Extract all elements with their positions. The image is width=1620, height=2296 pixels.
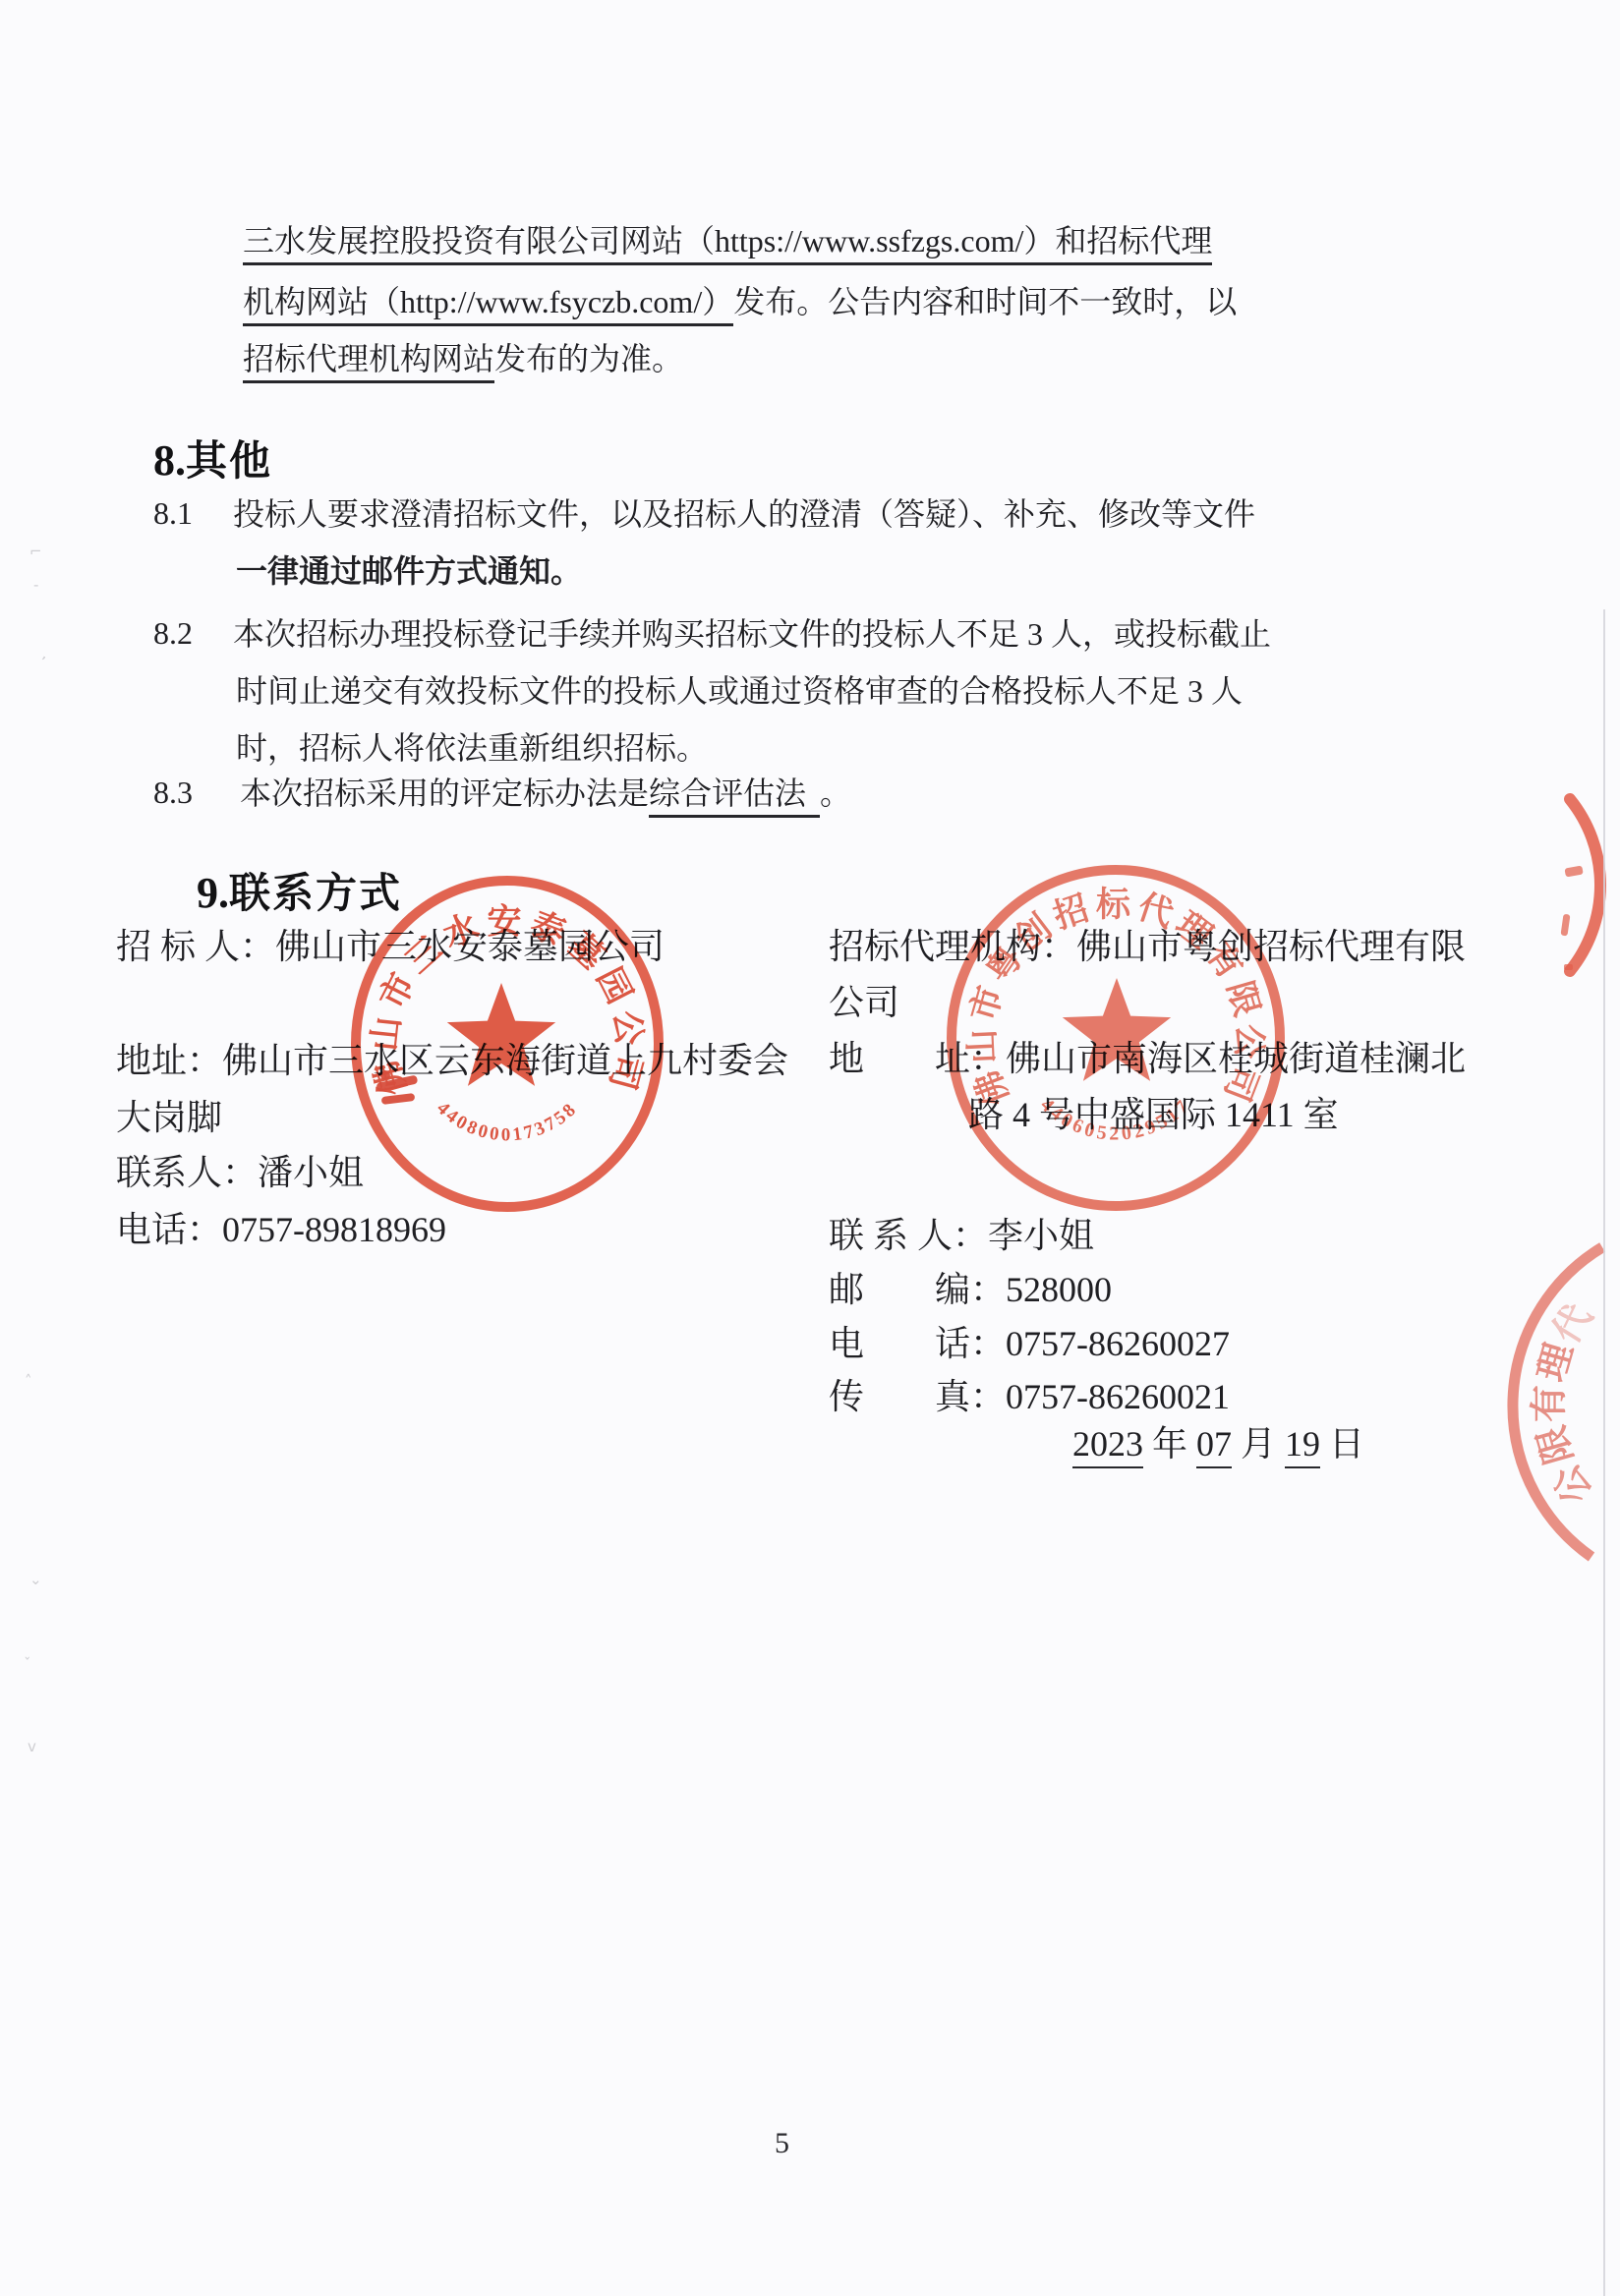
clause-8-3-number: 8.3: [153, 775, 193, 811]
underlined-agency-site: 招标代理机构网站: [243, 341, 494, 383]
scanned-document-page: 三水发展控股投资有限公司网站（https://www.ssfzgs.com/）和…: [0, 0, 1620, 2296]
bidder-contact-row: 联系人：潘小姐: [116, 1152, 364, 1194]
scan-speck: ⌐: [29, 543, 42, 560]
clause-8-2-line-2: 时间止递交有效投标文件的投标人或通过资格审查的合格投标人不足 3 人: [236, 672, 1243, 710]
scan-speck: ,: [40, 645, 51, 663]
date-day-unit: 日: [1329, 1424, 1364, 1464]
star-icon: [447, 983, 555, 1086]
date-year: 2023: [1072, 1424, 1143, 1468]
clause-8-2-number: 8.2: [153, 615, 193, 652]
evaluation-method-underlined: 综合评估法: [649, 775, 820, 818]
partial-seal-characters: 代 理 有 限 公: [1530, 1297, 1600, 1511]
intro-line-2: 机构网站（http://www.fsyczb.com/）发布。公告内容和时间不一…: [243, 283, 1237, 320]
agency-seal-code-text: 4406052029517: [1036, 1094, 1195, 1145]
signature-date: 2023 年 07 月 19 日: [1072, 1423, 1364, 1465]
date-month-unit: 月: [1241, 1424, 1276, 1464]
agency-phone-label: 电 话：: [829, 1324, 1006, 1363]
clause-8-2-line-1: 本次招标办理投标登记手续并购买招标文件的投标人不足 3 人，或投标截止: [233, 615, 1271, 653]
clause-8-3-post: 。: [820, 775, 851, 811]
clause-8-1-line-1: 投标人要求澄清招标文件，以及招标人的澄清（答疑）、补充、修改等文件: [233, 495, 1255, 533]
agency-value-line2: 公司: [829, 982, 899, 1024]
scan-speck: ˄: [25, 1372, 32, 1390]
agency-phone-row: 电 话：0757-86260027: [829, 1323, 1230, 1365]
bidder-contact-label: 联系人：: [116, 1153, 258, 1192]
svg-text:有: 有: [1530, 1385, 1571, 1422]
partial-seal-arc-upper: [1533, 767, 1620, 1003]
section-9-number: 9.: [197, 869, 229, 917]
bidder-address-line2: 大岗脚: [116, 1097, 222, 1139]
clause-8-3-pre: 本次招标采用的评定标办法是: [240, 775, 649, 811]
agency-phone-value: 0757-86260027: [1006, 1324, 1230, 1363]
agency-fax-value: 0757-86260021: [1006, 1377, 1230, 1416]
intro-line-3: 招标代理机构网站发布的为准。: [243, 340, 683, 377]
agency-zip-label: 邮 编：: [829, 1270, 1006, 1309]
partial-seal-lower-right: 代 理 有 限 公: [1416, 1219, 1620, 1573]
agency-company-seal: 佛山市粤创招标代理有限公司 4406052029517: [934, 851, 1298, 1225]
underlined-agency-url: 机构网站（http://www.fsyczb.com/）: [243, 284, 733, 326]
scan-page-edge-line: [1603, 609, 1605, 2296]
section-8-number: 8.: [153, 436, 186, 485]
section-8-title: 其他: [186, 437, 272, 484]
bidder-seal-code-text: 4408000173758: [433, 1098, 582, 1145]
date-year-unit: 年: [1152, 1424, 1187, 1464]
scan-speck: -: [33, 576, 38, 594]
intro-line-3-rest: 发布的为准。: [494, 341, 683, 376]
agency-zip-value: 528000: [1006, 1270, 1112, 1309]
date-day: 19: [1285, 1424, 1320, 1468]
bidder-label: 招 标 人：: [116, 927, 275, 966]
scan-speck: ˇ: [24, 1655, 31, 1673]
agency-fax-label: 传 真：: [829, 1377, 1006, 1416]
underlined-website-text: 三水发展控股投资有限公司网站（https://www.ssfzgs.com/）和…: [243, 223, 1212, 265]
svg-text:限: 限: [1531, 1421, 1581, 1468]
scan-speck: ⌄: [29, 1571, 42, 1588]
bidder-address-label: 地址：: [116, 1041, 222, 1080]
scan-speck: v: [28, 1738, 36, 1755]
agency-zip-row: 邮 编：528000: [829, 1269, 1112, 1311]
clause-8-1-number: 8.1: [153, 495, 193, 532]
agency-fax-row: 传 真：0757-86260021: [829, 1376, 1230, 1418]
bidder-phone-label: 电话：: [116, 1210, 222, 1249]
section-8-heading: 8.其他: [153, 429, 272, 488]
intro-line-2-rest: 发布。公告内容和时间不一致时，以: [733, 284, 1237, 319]
clause-8-2-line-3: 时，招标人将依法重新组织招标。: [236, 729, 708, 767]
bidder-company-seal: 佛山市三水安泰墓园公司 4408000173758: [335, 857, 679, 1231]
clause-8-3-text: 本次招标采用的评定标办法是综合评估法。: [240, 775, 851, 812]
date-month: 07: [1196, 1424, 1232, 1468]
clause-8-1-line-2: 一律通过邮件方式通知。: [236, 552, 582, 590]
star-icon: [1063, 978, 1171, 1081]
page-number: 5: [775, 2127, 789, 2160]
intro-line-1: 三水发展控股投资有限公司网站（https://www.ssfzgs.com/）和…: [243, 222, 1212, 259]
